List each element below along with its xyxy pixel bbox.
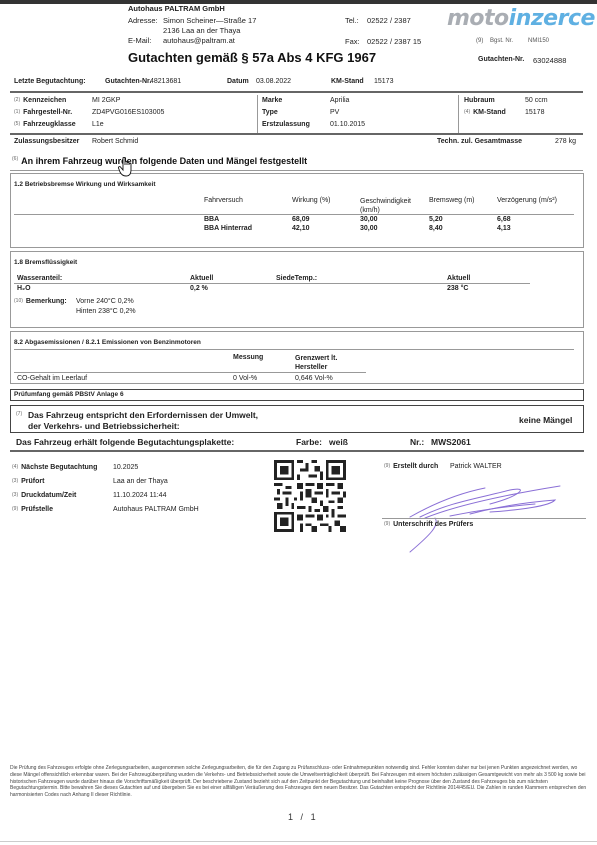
divider — [10, 133, 583, 135]
bgst-label: Bgst. Nr. — [490, 38, 513, 44]
motoinzerce-logo: motoinzerce — [447, 6, 595, 31]
brake-title: 1.2 Betriebsbremse Wirkung und Wirksamke… — [14, 181, 155, 188]
divider — [14, 214, 574, 215]
emissions-header-measure: Messung — [233, 354, 263, 361]
divider — [14, 283, 530, 284]
divider — [458, 95, 459, 133]
created-by-value: Patrick WALTER — [450, 463, 502, 470]
gutachten-nr-value: 63024888 — [533, 56, 566, 65]
plakette-label: Das Fahrzeug erhält folgende Begutachtun… — [16, 437, 234, 447]
email-label: E-Mail: — [128, 36, 151, 45]
company-name: Autohaus PALTRAM GmbH — [128, 4, 225, 13]
divider — [10, 170, 583, 171]
fluid-title: 1.8 Bremsflüssigkeit — [14, 259, 77, 266]
list-item: (3)Prüfort — [12, 478, 44, 485]
bgst-value: NMI150 — [528, 38, 549, 44]
divider — [10, 450, 584, 452]
signature-scribble — [380, 480, 580, 560]
created-by: (9)Erstellt durch — [384, 463, 438, 470]
result-value: keine Mängel — [519, 415, 572, 425]
last-date-value: 03.08.2022 — [256, 78, 291, 85]
mass-label: Techn. zul. Gesamtmasse — [437, 138, 522, 145]
plakette-color-value: weiß — [329, 437, 348, 447]
address-label: Adresse: — [128, 16, 158, 25]
fluid-remark-line1: Vorne 240°C 0,2% — [76, 298, 134, 305]
last-nr-value: 48213681 — [150, 78, 181, 85]
tel-label: Tel.: — [345, 16, 359, 25]
address-line1: Simon Scheiner—Straße 17 — [163, 16, 256, 25]
signature-line — [382, 518, 586, 519]
last-date-label: Datum — [227, 78, 249, 85]
divider — [14, 349, 574, 350]
page-indicator: 1 / 1 — [288, 812, 316, 822]
fluid-section — [10, 251, 584, 328]
plakette-nr-label: Nr.: — [410, 437, 424, 447]
divider — [257, 95, 258, 133]
owner-label: Zulassungsbesitzer — [14, 138, 79, 145]
divider — [10, 91, 583, 93]
scope-text: Prüfumfang gemäß PBStV Anlage 6 — [14, 391, 124, 398]
list-item: (3)Druckdatum/Zeit — [12, 492, 76, 499]
top-border — [0, 0, 597, 4]
owner-value: Robert Schmid — [92, 138, 138, 145]
findings-heading: (6)An ihrem Fahrzeug wurden folgende Dat… — [12, 156, 307, 166]
emissions-title: 8.2 Abgasemissionen / 8.2.1 Emissionen v… — [14, 339, 201, 346]
page-title: Gutachten gemäß § 57a Abs 4 KFG 1967 — [128, 50, 376, 65]
disclaimer-text: Die Prüfung des Fahrzeuges erfolgte ohne… — [10, 765, 590, 799]
result-line2: der Verkehrs- und Betriebssicherheit: — [28, 421, 180, 431]
gutachten-nr-label: Gutachten-Nr. — [478, 56, 524, 63]
list-item: (9)Prüfstelle — [12, 506, 53, 513]
last-inspection-label: Letzte Begutachtung: — [14, 78, 86, 85]
last-nr-label: Gutachten-Nr. — [105, 78, 151, 85]
emissions-header-limit: Grenzwert lt. Hersteller — [295, 354, 355, 372]
result-code: (7) — [16, 411, 25, 421]
fluid-remark-line2: Hinten 238°C 0,2% — [76, 308, 136, 315]
tel-value: 02522 / 2387 — [367, 16, 411, 25]
fluid-remark: (10)Bemerkung: — [14, 298, 67, 305]
last-km-label: KM-Stand — [331, 78, 364, 85]
result-line1: Das Fahrzeug entspricht den Erforderniss… — [28, 410, 258, 420]
plakette-nr-value: MWS2061 — [431, 437, 471, 447]
fax-value: 02522 / 2387 15 — [367, 37, 421, 46]
fax-label: Fax: — [345, 37, 360, 46]
qr-code — [274, 460, 346, 532]
bgst-code: (9) — [476, 38, 483, 44]
mass-value: 278 kg — [555, 138, 576, 145]
list-item: (4)Nächste Begutachtung — [12, 464, 97, 471]
divider — [14, 372, 366, 373]
hand-cursor-icon — [118, 157, 134, 177]
last-km-value: 15173 — [374, 78, 393, 85]
email-value: autohaus@paltram.at — [163, 36, 235, 45]
signature-label: (9)Unterschrift des Prüfers — [384, 521, 473, 528]
plakette-color-label: Farbe: — [296, 437, 322, 447]
bottom-edge — [0, 841, 597, 842]
address-line2: 2136 Laa an der Thaya — [163, 26, 240, 35]
